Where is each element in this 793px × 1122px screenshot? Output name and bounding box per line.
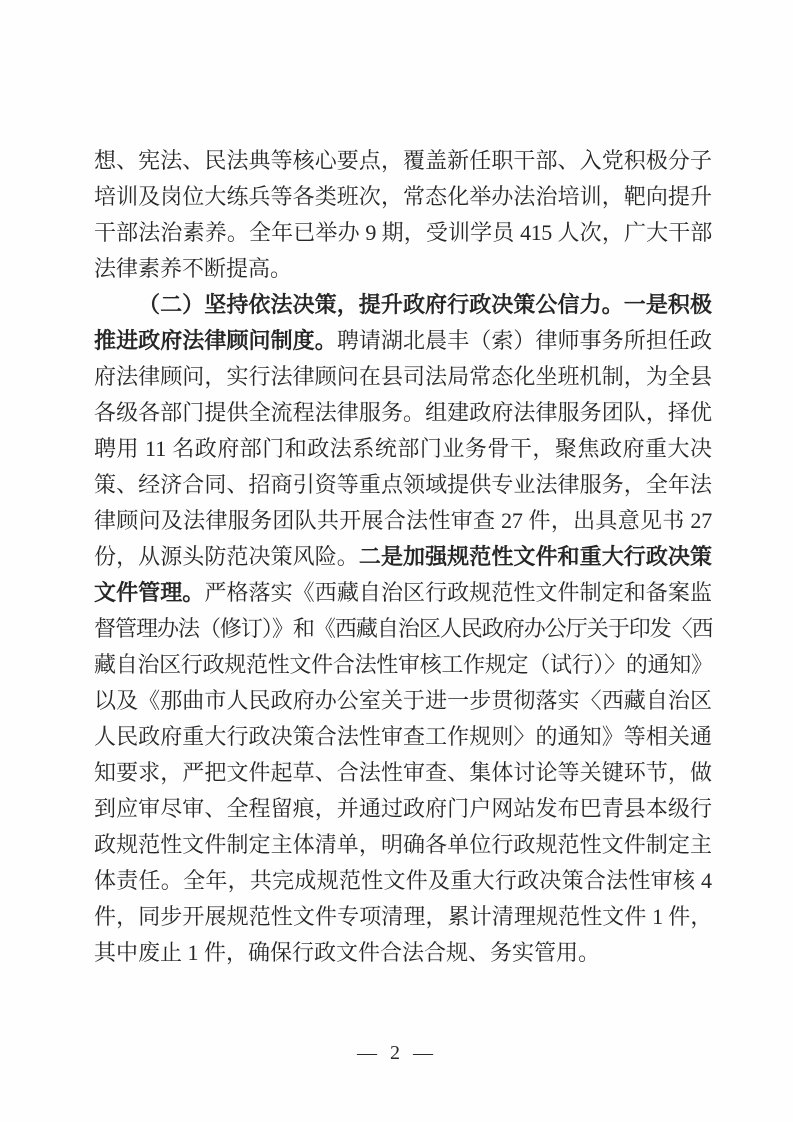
text-line: 府法律顾问，实行法律顾问在县司法局常态化坐班机制，为全县 [94, 359, 712, 395]
text-line: 干部法治素养。全年已举办 9 期，受训学员 415 人次，广大干部 [94, 215, 712, 251]
text-line: 份，从源头防范决策风险。二是加强规范性文件和重大行政决策 [94, 539, 712, 575]
text-line: 体责任。全年，共完成规范性文件及重大行政决策合法性审核 4 [94, 863, 712, 899]
text-segment: 其中废止 1 件，确保行政文件合法合规、务实管用。 [94, 940, 600, 965]
text-line: 件，同步开展规范性文件专项清理，累计清理规范性文件 1 件， [94, 899, 712, 935]
text-segment: 律顾问及法律服务团队共开展合法性审查 27 件，出具意见书 27 [94, 508, 712, 533]
text-line: 政规范性文件制定主体清单，明确各单位行政规范性文件制定主 [94, 827, 712, 863]
text-line: 到应审尽审、全程留痕，并通过政府门户网站发布巴青县本级行 [94, 791, 712, 827]
text-line: 策、经济合同、招商引资等重点领域提供专业法律服务，全年法 [94, 467, 712, 503]
text-line: 其中废止 1 件，确保行政文件合法合规、务实管用。 [94, 935, 712, 971]
text-segment: 聘请湖北晨丰（索）律师事务所担任政 [337, 328, 712, 353]
text-segment: 想、宪法、民法典等核心要点，覆盖新任职干部、入党积极分子 [94, 148, 712, 173]
text-line: 想、宪法、民法典等核心要点，覆盖新任职干部、入党积极分子 [94, 143, 712, 179]
text-segment: 府法律顾问，实行法律顾问在县司法局常态化坐班机制，为全县 [94, 364, 712, 389]
text-line: 培训及岗位大练兵等各类班次，常态化举办法治培训，靶向提升 [94, 179, 712, 215]
text-segment: 法律素养不断提高。 [94, 256, 292, 281]
page-number: — 2 — [0, 1042, 793, 1065]
bold-text-segment: （二）坚持依法决策，提升政府行政决策公信力。一是积极 [138, 292, 712, 317]
text-line: 法律素养不断提高。 [94, 251, 712, 287]
text-line: 督管理办法（修订）》和《西藏自治区人民政府办公厅关于印发〈西 [94, 611, 712, 647]
text-segment: 严格落实《西藏自治区行政规范性文件制定和备案监 [204, 580, 712, 605]
bold-text-segment: 文件管理。 [94, 580, 204, 605]
text-segment: 干部法治素养。全年已举办 9 期，受训学员 415 人次，广大干部 [94, 220, 712, 245]
text-segment: 知要求，严把文件起草、合法性审查、集体讨论等关键环节，做 [94, 760, 712, 785]
text-line: 藏自治区行政规范性文件合法性审核工作规定（试行）〉的通知》 [94, 647, 712, 683]
text-line: 聘用 11 名政府部门和政法系统部门业务骨干，聚焦政府重大决 [94, 431, 712, 467]
text-segment: 各级各部门提供全流程法律服务。组建政府法律服务团队，择优 [94, 400, 712, 425]
text-segment: 份，从源头防范决策风险。 [94, 544, 359, 569]
text-segment: 督管理办法（修订）》和《西藏自治区人民政府办公厅关于印发〈西 [94, 616, 712, 641]
document-page: 想、宪法、民法典等核心要点，覆盖新任职干部、入党积极分子培训及岗位大练兵等各类班… [0, 0, 793, 1122]
text-segment: 策、经济合同、招商引资等重点领域提供专业法律服务，全年法 [94, 472, 712, 497]
text-line: 推进政府法律顾问制度。聘请湖北晨丰（索）律师事务所担任政 [94, 323, 712, 359]
page-number-label: — 2 — [357, 1042, 436, 1064]
text-segment: 以及《那曲市人民政府办公室关于进一步贯彻落实〈西藏自治区 [94, 688, 712, 713]
text-segment: 体责任。全年，共完成规范性文件及重大行政决策合法性审核 4 [94, 868, 712, 893]
text-line: （二）坚持依法决策，提升政府行政决策公信力。一是积极 [94, 287, 712, 323]
text-line: 知要求，严把文件起草、合法性审查、集体讨论等关键环节，做 [94, 755, 712, 791]
text-segment: 人民政府重大行政决策合法性审查工作规则〉的通知》等相关通 [94, 724, 712, 749]
text-segment: 培训及岗位大练兵等各类班次，常态化举办法治培训，靶向提升 [94, 184, 712, 209]
text-line: 人民政府重大行政决策合法性审查工作规则〉的通知》等相关通 [94, 719, 712, 755]
text-segment: 件，同步开展规范性文件专项清理，累计清理规范性文件 1 件， [94, 904, 712, 929]
text-line: 文件管理。严格落实《西藏自治区行政规范性文件制定和备案监 [94, 575, 712, 611]
text-segment: 到应审尽审、全程留痕，并通过政府门户网站发布巴青县本级行 [94, 796, 712, 821]
text-segment: 聘用 11 名政府部门和政法系统部门业务骨干，聚焦政府重大决 [94, 436, 712, 461]
text-line: 律顾问及法律服务团队共开展合法性审查 27 件，出具意见书 27 [94, 503, 712, 539]
text-segment: 政规范性文件制定主体清单，明确各单位行政规范性文件制定主 [94, 832, 712, 857]
text-segment: 藏自治区行政规范性文件合法性审核工作规定（试行）〉的通知》 [94, 652, 712, 677]
bold-text-segment: 二是加强规范性文件和重大行政决策 [359, 544, 712, 569]
document-body: 想、宪法、民法典等核心要点，覆盖新任职干部、入党积极分子培训及岗位大练兵等各类班… [94, 143, 712, 971]
text-line: 各级各部门提供全流程法律服务。组建政府法律服务团队，择优 [94, 395, 712, 431]
bold-text-segment: 推进政府法律顾问制度。 [94, 328, 337, 353]
text-line: 以及《那曲市人民政府办公室关于进一步贯彻落实〈西藏自治区 [94, 683, 712, 719]
